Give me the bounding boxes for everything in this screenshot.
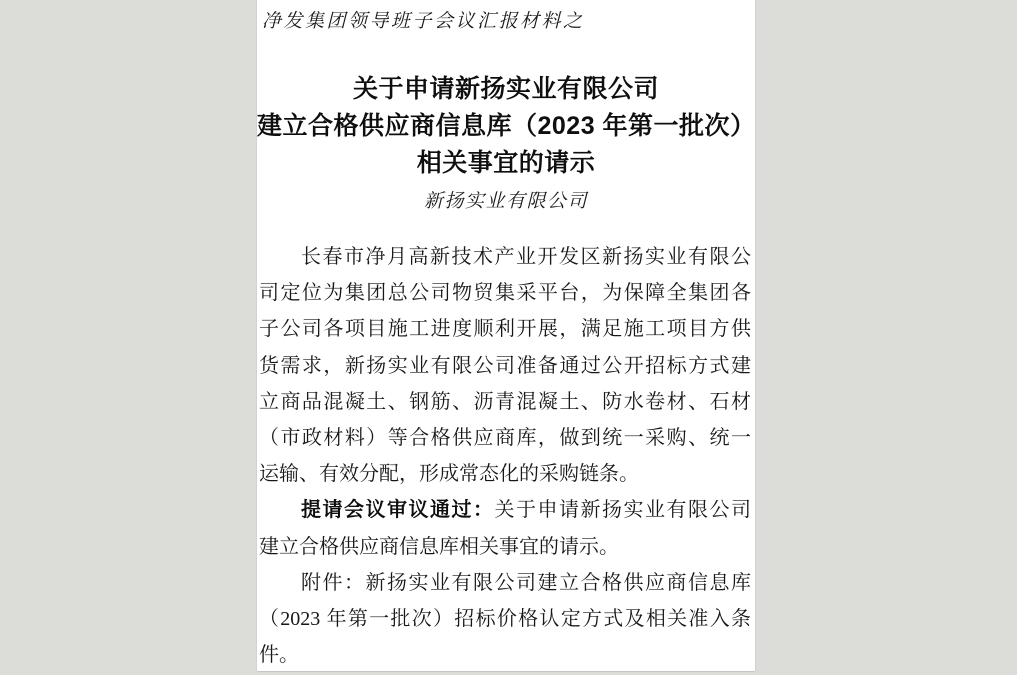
resolution-line: 提请会议审议通过：关于申请新扬实业有限公司: [259, 492, 751, 528]
body-line: 司定位为集团总公司物贸集采平台，为保障全集团各: [259, 275, 751, 311]
resolution-line: 建立合格供应商信息库相关事宜的请示。: [259, 529, 751, 565]
attachment-line: 附件：新扬实业有限公司建立合格供应商信息库: [259, 565, 751, 601]
body-line: 货需求，新扬实业有限公司准备通过公开招标方式建: [259, 348, 751, 384]
attachment-line: 件。: [259, 637, 751, 673]
document-subtitle: 新扬实业有限公司: [257, 186, 755, 213]
body-line: （市政材料）等合格供应商库，做到统一采购、统一: [259, 420, 751, 456]
scanned-document-view: { "colors": { "backdrop": "#dcddd9", "pa…: [0, 0, 1017, 675]
body-line: 子公司各项目施工进度顺利开展，满足施工项目方供: [259, 311, 751, 347]
attachment-line: （2023 年第一批次）招标价格认定方式及相关准入条: [259, 601, 751, 637]
body-line: 立商品混凝土、钢筋、沥青混凝土、防水卷材、石材: [259, 384, 751, 420]
body-line: 长春市净月高新技术产业开发区新扬实业有限公: [259, 239, 751, 275]
resolution-rest: 关于申请新扬实业有限公司: [495, 499, 752, 521]
body-line: 运输、有效分配，形成常态化的采购链条。: [259, 456, 751, 492]
title-line-1: 关于申请新扬实业有限公司: [257, 71, 755, 108]
document-title: 关于申请新扬实业有限公司 建立合格供应商信息库（2023 年第一批次） 相关事宜…: [257, 71, 755, 182]
title-line-2: 建立合格供应商信息库（2023 年第一批次）: [257, 108, 755, 145]
document-page: 净发集团领导班子会议汇报材料之 关于申请新扬实业有限公司 建立合格供应商信息库（…: [257, 0, 755, 671]
resolution-lead-bold: 提请会议审议通过：: [301, 499, 495, 521]
document-body: 长春市净月高新技术产业开发区新扬实业有限公 司定位为集团总公司物贸集采平台，为保…: [259, 239, 751, 673]
title-line-3: 相关事宜的请示: [257, 145, 755, 182]
header-note: 净发集团领导班子会议汇报材料之: [262, 6, 585, 33]
